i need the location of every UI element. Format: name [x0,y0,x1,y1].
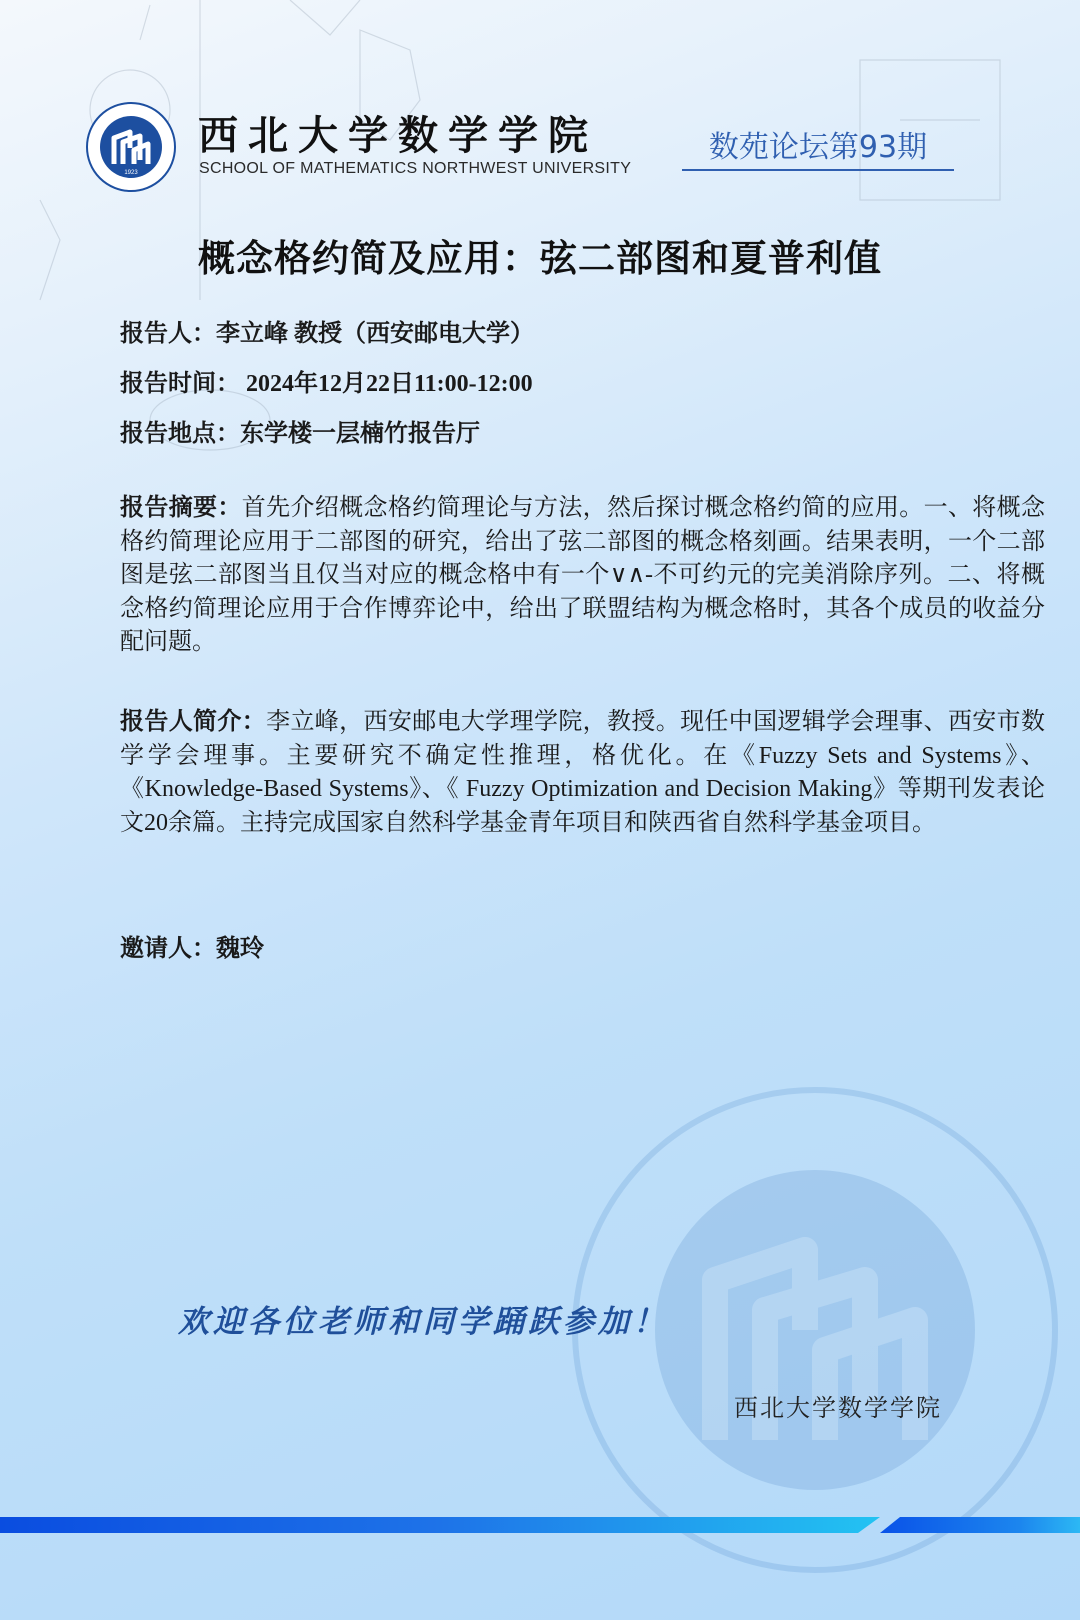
accent-bar-left [0,1517,880,1533]
accent-bar-right [880,1517,1080,1533]
abstract-text: 首先介绍概念格约简理论与方法，然后探讨概念格约简的应用。一、将概念格约简理论应用… [120,495,1045,655]
bio-section: 报告人简介：李立峰，西安邮电大学理学院，教授。现任中国逻辑学会理事、西安市数学学… [120,706,1045,840]
page-title: 概念格约简及应用：弦二部图和夏普利值 [0,228,1080,282]
inviter-label: 邀请人： [120,936,216,962]
inviter-row: 邀请人：魏玲 [120,928,264,963]
university-name-cn: 西北大学数学学院 [198,104,598,161]
header: 1923 西北大学数学学院 SCHOOL OF MATHEMATICS NORT… [86,102,1006,192]
speaker-row: 报告人：李立峰 教授（西安邮电大学） [120,318,534,368]
university-logo-icon: 1923 [86,102,176,192]
organizer-signature: 西北大学数学学院 [734,1388,942,1423]
speaker-value: 李立峰 教授（西安邮电大学） [216,321,534,347]
welcome-message: 欢迎各位老师和同学踊跃参加！ [178,1296,668,1341]
abstract-section: 报告摘要：首先介绍概念格约简理论与方法，然后探讨概念格约简的应用。一、将概念格约… [120,492,1045,660]
time-row: 报告时间： 2024年12月22日11:00-12:00 [120,368,534,418]
event-info: 报告人：李立峰 教授（西安邮电大学） 报告时间： 2024年12月22日11:0… [120,318,534,468]
forum-issue-label: 数苑论坛第93期 [682,122,954,171]
time-value: 2024年12月22日11:00-12:00 [240,371,533,397]
inviter-value: 魏玲 [216,936,264,962]
svg-text:1923: 1923 [124,170,138,176]
time-label: 报告时间： [120,371,240,397]
location-row: 报告地点：东学楼一层楠竹报告厅 [120,418,534,468]
bio-label: 报告人简介： [120,709,266,735]
location-value: 东学楼一层楠竹报告厅 [240,421,480,447]
abstract-label: 报告摘要： [120,495,242,521]
university-name-en: SCHOOL OF MATHEMATICS NORTHWEST UNIVERSI… [199,160,631,178]
location-label: 报告地点： [120,421,240,447]
speaker-label: 报告人： [120,321,216,347]
